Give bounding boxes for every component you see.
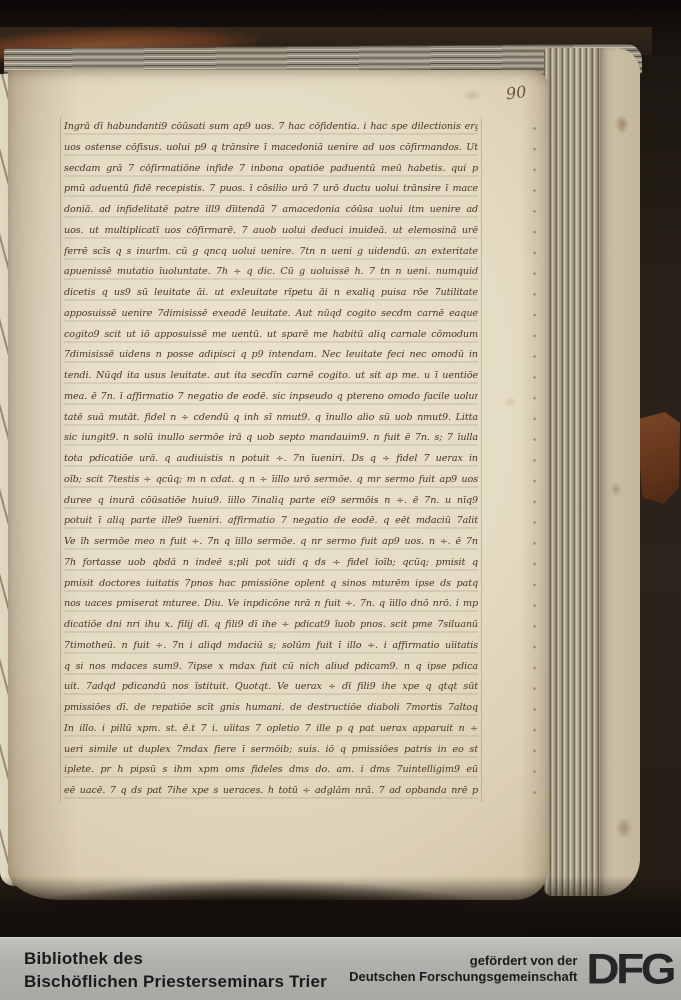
book-fore-edge (544, 48, 640, 896)
manuscript-text: Ingrā dī habundanti9 cōūsati sum ap9 uos… (60, 117, 482, 802)
pricking-holes (532, 118, 537, 808)
bottom-shadow (0, 838, 681, 938)
library-name-line2: Bischöflichen Priesterseminars Trier (24, 970, 327, 993)
manuscript-line: secdam grā 7 cōfirmatiōne infide 7 inbon… (64, 159, 478, 180)
manuscript-line: uos ostense cōfisus. uolui p9 q trānsire… (64, 138, 478, 159)
footer-bar: Bibliothek des Bischöflichen Priestersem… (0, 937, 681, 1000)
manuscript-page: 90 Ingrā dī habundanti9 cōūsati sum ap9 … (8, 70, 548, 900)
manuscript-line: apposuissē uenire 7dimisissē exeadē leui… (64, 304, 478, 325)
manuscript-line: Ve īh sermōe meo n fuit ÷. 7n q īillo se… (64, 532, 478, 553)
manuscript-line: uit. 7adqd pdicandū nos īstituit. Quotqt… (64, 677, 478, 698)
manuscript-line: tatē suā mutāt. fidel n ÷ cdendū q inh s… (64, 408, 478, 429)
library-name-line1: Bibliothek des (24, 947, 327, 970)
manuscript-line: cogito9 scit ut iō apposuissē me uentū. … (64, 325, 478, 346)
dfg-logo: DFG (586, 948, 675, 990)
manuscript-line: ferrē scīs q s inurlm. cū g qncq uolui u… (64, 242, 478, 263)
manuscript-line: oīb; scit 7testis ÷ qcūq; m n cdat. q n … (64, 470, 478, 491)
funding-text-line2: Deutschen Forschungsgemeinschaft (349, 969, 577, 985)
funding-text-line1: gefördert von der (349, 953, 577, 969)
manuscript-line: Ingrā dī habundanti9 cōūsati sum ap9 uos… (64, 117, 478, 138)
manuscript-line: apuenissē mutatio īuoluntate. 7h ÷ q dic… (64, 262, 478, 283)
fore-edge-outer-band (600, 48, 640, 896)
manuscript-line: nos uaces pmiserat mturee. Diu. Ve inpdi… (64, 594, 478, 615)
manuscript-line: duree q inurā cōūsatiōe huiu9. īillo 7in… (64, 491, 478, 512)
manuscript-line: pmissiōes dī. de repatiōe scīt gnis huma… (64, 698, 478, 719)
manuscript-line: pmisit doctores iuitatis 7pnos hac pmiss… (64, 574, 478, 595)
manuscript-line: uos. ut multiplicatī uos cōfirmarē. 7 au… (64, 221, 478, 242)
funding-credit: gefördert von der Deutschen Forschungsge… (349, 938, 675, 1000)
manuscript-line: pmū aduentū fidē recepistis. 7 puos. ī c… (64, 179, 478, 200)
manuscript-line: q si nos mdaces sum9. 7ipse x mdax fuit … (64, 657, 478, 678)
manuscript-line: tota pdicatiōe urā. q audiuistis n potui… (64, 449, 478, 470)
manuscript-line: dicetis q us9 sū leuitate āi. ut exleuit… (64, 283, 478, 304)
manuscript-line: iplete. pr h pipsū s ihm xpm oms fideles… (64, 760, 478, 781)
library-name: Bibliothek des Bischöflichen Priestersem… (24, 947, 327, 993)
manuscript-line: potuit ī aliq parte ille9 īueniri. affir… (64, 511, 478, 532)
manuscript-line: sic iungit9. n solū inullo sermōe irā q … (64, 428, 478, 449)
leather-fragment (640, 412, 680, 504)
manuscript-line: mea. ē 7n. ī affirmatio 7 negatio de eod… (64, 387, 478, 408)
funding-text: gefördert von der Deutschen Forschungsge… (349, 953, 577, 985)
scan-photo: 90 Ingrā dī habundanti9 cōūsati sum ap9 … (0, 0, 681, 1000)
fore-edge-page-stack (544, 48, 600, 896)
manuscript-line: 7timotheū. n fuit ÷. 7n i aliqd mdaciū s… (64, 636, 478, 657)
manuscript-line: 7dimisissē uidens n posse adipisci q p9 … (64, 345, 478, 366)
manuscript-line: doniā. ad infidelitatē patre ill9 dīiten… (64, 200, 478, 221)
manuscript-line: 7h fortasse uob qbdā n indeē s;pli pot u… (64, 553, 478, 574)
manuscript-line: In illo. i pillū xpm. st. ē.t 7 i. uīita… (64, 719, 478, 740)
manuscript-line: eē uacē. 7 q ds pat 7ihe xpe s ueraces. … (64, 781, 478, 802)
folio-number: 90 (505, 82, 547, 103)
manuscript-line: dicatiōe dni nri ihu x. filij dī. q fili… (64, 615, 478, 636)
manuscript-line: ueri simile ut duplex 7mdax fiere ī serm… (64, 740, 478, 761)
manuscript-line: tendi. Nūqd ita usus leuitate. aut ita s… (64, 366, 478, 387)
